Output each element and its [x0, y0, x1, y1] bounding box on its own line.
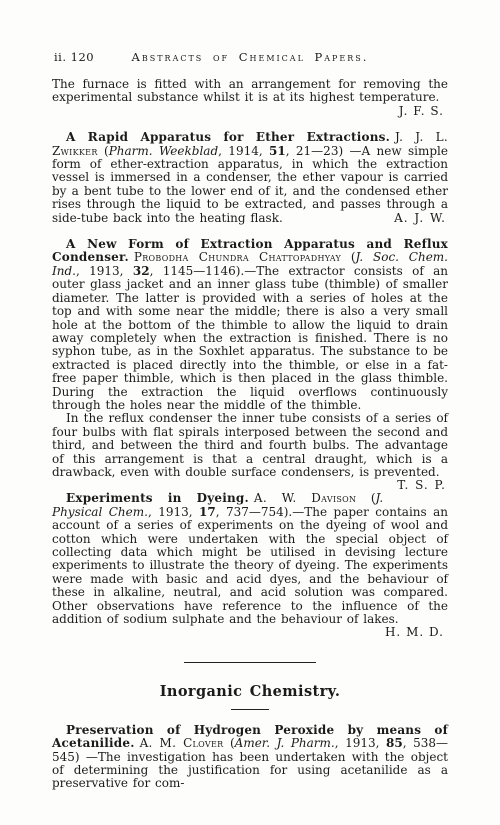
volume-number: 32: [133, 264, 150, 278]
section-heading-rule: [231, 709, 269, 710]
page-header: ii. 120 Abstracts of Chemical Papers.: [52, 50, 448, 64]
abstract-extraction-apparatus: A New Form of Extraction Apparatus and R…: [52, 238, 448, 412]
abstract-author: A. W. Davison: [254, 491, 356, 505]
journal-name: Pharm. Weekblad: [109, 144, 218, 158]
citation-year: , 1914,: [218, 144, 269, 158]
abstract-extraction-apparatus-para2: In the reflux condenser the inner tube c…: [52, 412, 448, 479]
journal-name: Amer. J. Pharm.: [235, 736, 335, 750]
citation-year: , 1913,: [335, 736, 386, 750]
citation-open: (: [356, 491, 375, 505]
abstract-ether-extractions: A Rapid Apparatus for Ether Extractions.…: [52, 131, 448, 225]
running-head: Abstracts of Chemical Papers.: [132, 50, 369, 64]
abstractor-signature: A. J. W.: [380, 212, 448, 225]
abstract-author: A. M. Clover: [140, 736, 224, 750]
volume-number: 17: [199, 505, 216, 519]
scanned-journal-page: ii. 120 Abstracts of Chemical Papers. Th…: [0, 0, 500, 825]
abstractor-signature: T. S. P.: [383, 479, 448, 492]
citation-open: (: [341, 250, 355, 264]
abstract-hydrogen-peroxide: Preservation of Hydrogen Peroxide by mea…: [52, 724, 448, 791]
page-number: ii. 120: [54, 50, 94, 64]
abstract-author: Probodha Chundra Chattopadhyay: [134, 250, 341, 264]
citation-open: (: [98, 144, 109, 158]
continuation-paragraph: The furnace is fitted with an arrangemen…: [52, 78, 448, 105]
section-heading: Inorganic Chemistry.: [52, 683, 448, 700]
abstract-experiments-in-dyeing: Experiments in Dyeing.A. W. Davison (J. …: [52, 492, 448, 626]
continuation-text: The furnace is fitted with an arrangemen…: [52, 77, 448, 104]
abstract-body-continued: In the reflux condenser the inner tube c…: [52, 411, 448, 479]
abstract-body: , 1145—1146).—The extractor consists of …: [52, 264, 448, 412]
abstract-title: A Rapid Apparatus for Ether Extractions.: [66, 130, 390, 144]
volume-number: 85: [386, 736, 403, 750]
abstract-title: Experiments in Dyeing.: [66, 491, 249, 505]
abstractor-signature: J. F. S.: [52, 105, 448, 118]
citation-year: , 1913,: [76, 264, 133, 278]
abstractor-signature: H. M. D.: [52, 626, 448, 639]
section-divider-rule: [184, 662, 316, 663]
abstract-body: , 737—754).—The paper contains an accoun…: [52, 505, 448, 626]
citation-year: , 1913,: [148, 505, 199, 519]
volume-number: 51: [269, 144, 286, 158]
citation-open: (: [223, 736, 234, 750]
